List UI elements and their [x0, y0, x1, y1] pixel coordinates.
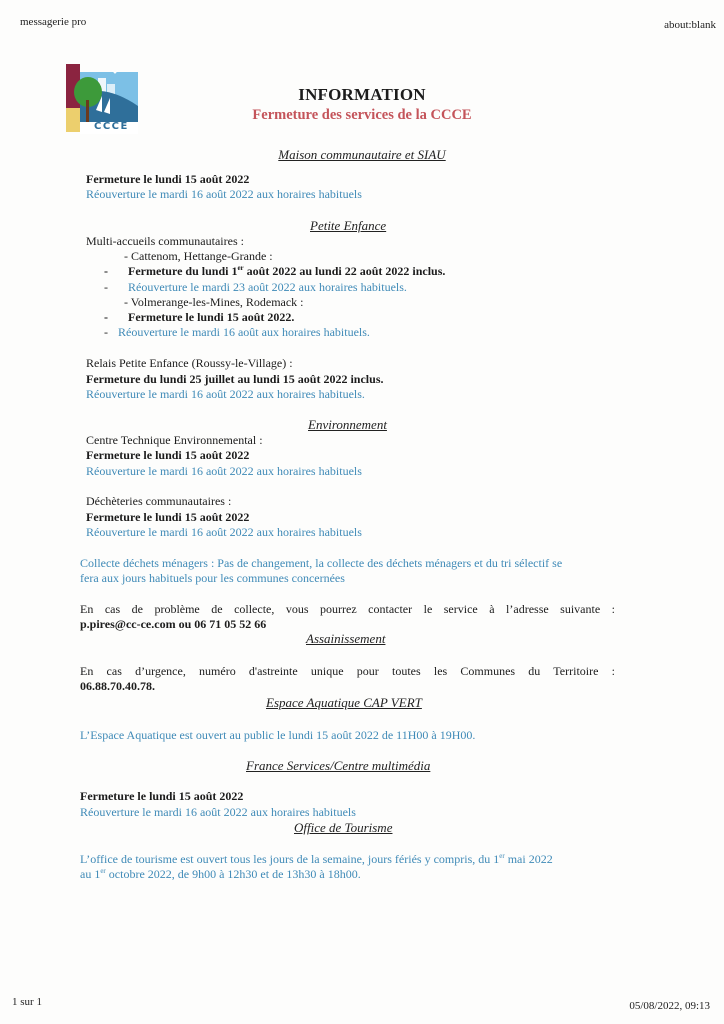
page-subtitle: Fermeture des services de la CCCE — [0, 107, 724, 124]
section-heading-aquatique: Espace Aquatique CAP VERT — [266, 695, 422, 711]
assainissement-phone: 06.88.70.40.78. — [80, 679, 155, 694]
cte-label: Centre Technique Environnemental : — [86, 433, 263, 448]
group1-reopening: -Réouverture le mardi 23 août 2022 aux h… — [104, 280, 407, 295]
print-header-right: about:blank — [664, 19, 716, 31]
france-services-reopening: Réouverture le mardi 16 août 2022 aux ho… — [80, 805, 356, 820]
section-heading-environnement: Environnement — [308, 417, 387, 433]
contact-line-2: p.pires@cc-ce.com ou 06 71 05 52 66 — [80, 617, 266, 632]
relais-closing: Fermeture du lundi 25 juillet au lundi 1… — [86, 372, 384, 387]
assainissement-line-1: En cas d’urgence, numéro d'astreinte uni… — [80, 664, 615, 679]
maison-closing: Fermeture le lundi 15 août 2022 — [86, 172, 249, 187]
dechetteries-reopening: Réouverture le mardi 16 août 2022 aux ho… — [86, 525, 362, 540]
tourisme-line-1: L’office de tourisme est ouvert tous les… — [80, 852, 553, 867]
collecte-line-1: Collecte déchets ménagers : Pas de chang… — [80, 556, 562, 571]
section-heading-assainissement: Assainissement — [306, 631, 385, 647]
group1-closing: -Fermeture du lundi 1er août 2022 au lun… — [104, 264, 445, 279]
section-heading-petite-enfance: Petite Enfance — [310, 218, 386, 234]
dechetteries-label: Déchèteries communautaires : — [86, 494, 231, 509]
relais-reopening: Réouverture le mardi 16 août 2022 aux ho… — [86, 387, 365, 402]
section-heading-tourisme: Office de Tourisme — [294, 820, 392, 836]
page-title: INFORMATION — [0, 85, 724, 105]
cte-reopening: Réouverture le mardi 16 août 2022 aux ho… — [86, 464, 362, 479]
group1-label: - Cattenom, Hettange-Grande : — [124, 249, 273, 264]
print-header-left: messagerie pro — [20, 16, 86, 28]
section-heading-france-services: France Services/Centre multimédia — [246, 758, 430, 774]
cte-closing: Fermeture le lundi 15 août 2022 — [86, 448, 249, 463]
print-footer-page-count: 1 sur 1 — [12, 996, 42, 1008]
tourisme-line-2: au 1er octobre 2022, de 9h00 à 12h30 et … — [80, 867, 361, 882]
aquatique-line: L’Espace Aquatique est ouvert au public … — [80, 728, 475, 743]
print-footer-datetime: 05/08/2022, 09:13 — [629, 1000, 710, 1012]
group2-label: - Volmerange-les-Mines, Rodemack : — [124, 295, 304, 310]
multi-accueils-label: Multi-accueils communautaires : — [86, 234, 244, 249]
group2-closing: -Fermeture le lundi 15 août 2022. — [104, 310, 294, 325]
contact-line-1: En cas de problème de collecte, vous pou… — [80, 602, 615, 617]
france-services-closing: Fermeture le lundi 15 août 2022 — [80, 789, 243, 804]
maison-reopening: Réouverture le mardi 16 août 2022 aux ho… — [86, 187, 362, 202]
dechetteries-closing: Fermeture le lundi 15 août 2022 — [86, 510, 249, 525]
collecte-line-2: fera aux jours habituels pour les commun… — [80, 571, 345, 586]
relais-label: Relais Petite Enfance (Roussy-le-Village… — [86, 356, 293, 371]
group2-reopening: -Réouverture le mardi 16 août aux horair… — [104, 325, 370, 340]
section-heading-maison: Maison communautaire et SIAU — [0, 147, 724, 163]
